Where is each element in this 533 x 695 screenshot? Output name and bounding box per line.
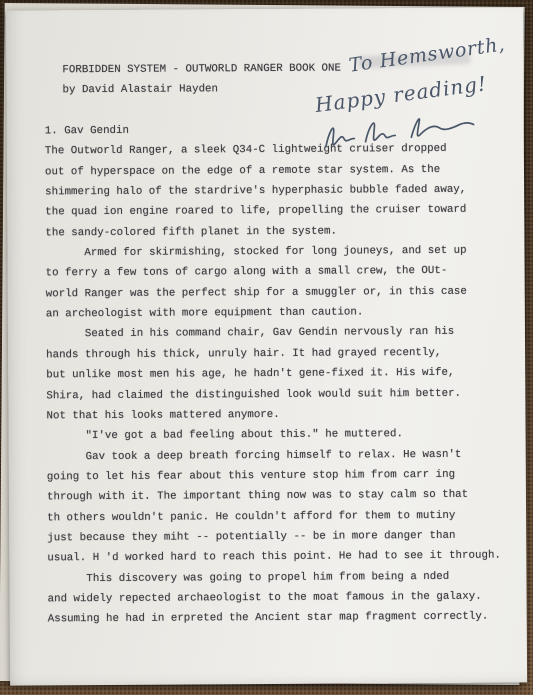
typescript-line: through with it. The important thing now… — [47, 485, 501, 508]
typescript-line: Seated in his command chair, Gav Gendin … — [46, 322, 500, 345]
typescript-line: to ferry a few tons of cargo along with … — [46, 261, 500, 284]
typescript-line: "I've got a bad feeling about this." he … — [47, 424, 501, 447]
typescript-line: the sandy-colored fifth planet in the sy… — [45, 220, 499, 243]
typescript-line: Not that his looks mattered anymore. — [46, 403, 500, 426]
typescript-line: and widely repected archaeologist to the… — [48, 587, 502, 610]
typescript-line: the quad ion engine roared to life, prop… — [45, 200, 499, 223]
typescript-line: th others wouldn't panic. He couldn't af… — [47, 505, 501, 528]
typescript-line: Armed for skirmishing, stocked for long … — [45, 241, 499, 264]
photographed-manuscript-scene: FORBIDDEN SYSTEM - OUTWORLD RANGER BOOK … — [0, 0, 533, 695]
typescript-line: going to let his fear about this venture… — [47, 464, 501, 487]
typescript-line: Assuming he had in erpreted the Ancient … — [48, 607, 502, 630]
manuscript-page: FORBIDDEN SYSTEM - OUTWORLD RANGER BOOK … — [6, 7, 527, 685]
typescript-line: Shira, had claimed the distinguished loo… — [46, 383, 500, 406]
typescript-line: hands through his thick, unruly hair. It… — [46, 342, 500, 365]
signature-stroke — [324, 115, 474, 147]
typescript-line: This discovery was going to propel him f… — [47, 566, 501, 589]
typescript-line: Gav took a deep breath forcing himself t… — [47, 444, 501, 467]
typescript-line: usual. H 'd worked hard to reach this po… — [47, 546, 501, 569]
typescript-line: world Ranger was the perfect ship for a … — [46, 281, 500, 304]
typescript-line: just because they miht -- potentially --… — [47, 525, 501, 548]
typescript-line: shimmering halo of the stardrive's hyper… — [45, 180, 499, 203]
typescript-line: an archeologist with more equipment than… — [46, 302, 500, 325]
typescript-line: but unlike most men his age, he hadn't g… — [46, 363, 500, 386]
typescript-line: out of hyperspace on the edge of a remot… — [45, 159, 499, 182]
